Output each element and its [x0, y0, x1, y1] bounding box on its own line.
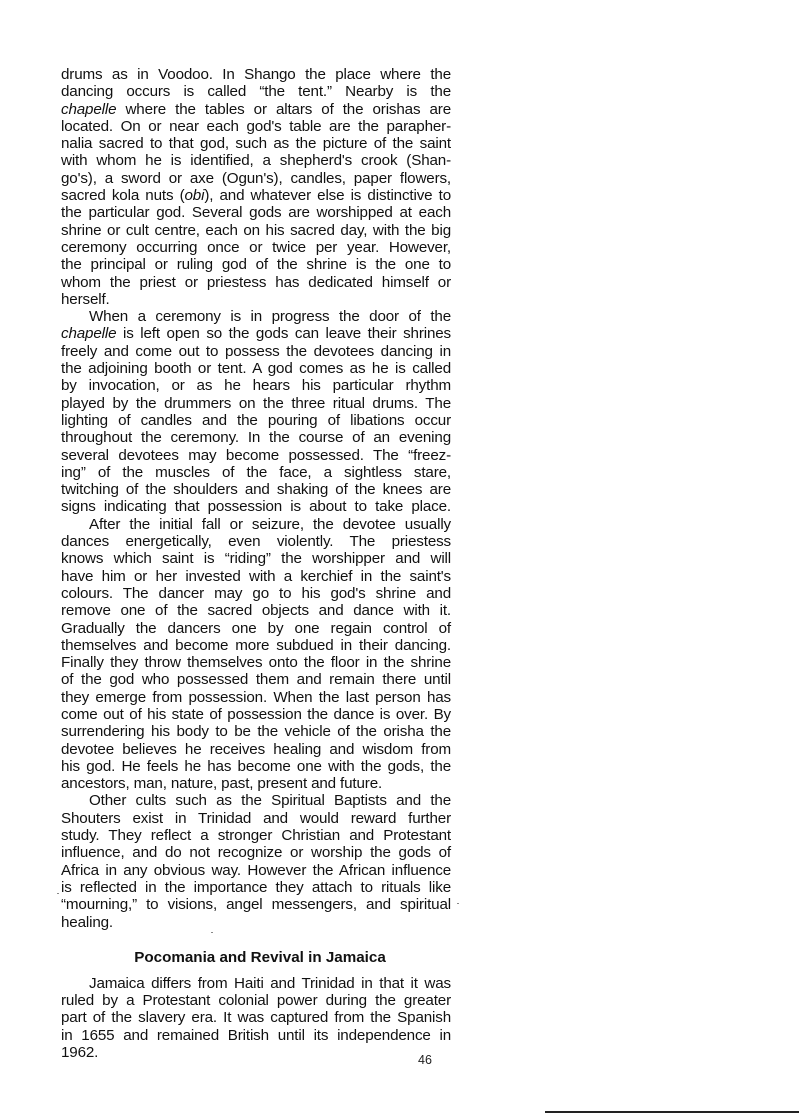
paragraph-shango-tent: drums as in Voodoo. In Shango the place …	[61, 66, 451, 308]
text-line: in 1655 and remained British until its i…	[61, 1027, 451, 1044]
text-line: located. On or near each god's table are…	[61, 118, 451, 135]
scan-edge-rule	[545, 1111, 799, 1113]
text-line: lighting of candles and the pouring of l…	[61, 412, 451, 429]
text-line: herself.	[61, 291, 451, 308]
page-number: 46	[418, 1053, 432, 1067]
text-line: 1962.	[61, 1044, 451, 1061]
text-line: of the god who possessed them and remain…	[61, 671, 451, 688]
paragraph-jamaica: Jamaica differs from Haiti and Trinidad …	[61, 975, 451, 1061]
text-line: drums as in Voodoo. In Shango the place …	[61, 66, 451, 83]
text-line: dances energetically, even violently. Th…	[61, 533, 451, 550]
text-line: have him or her invested with a kerchief…	[61, 568, 451, 585]
scan-speck	[457, 903, 459, 904]
text-fragment: sacred kola nuts (	[61, 187, 185, 204]
text-line: sacred kola nuts (obi), and whatever els…	[61, 187, 451, 204]
text-line: Finally they throw themselves onto the f…	[61, 654, 451, 671]
text-line: several devotees may become possessed. T…	[61, 447, 451, 464]
text-line: After the initial fall or seizure, the d…	[61, 516, 451, 533]
text-line: themselves and become more subdued in th…	[61, 637, 451, 654]
text-line: played by the drummers on the three ritu…	[61, 395, 451, 412]
text-line: When a ceremony is in progress the door …	[61, 308, 451, 325]
text-line: go's), a sword or axe (Ogun's), candles,…	[61, 170, 451, 187]
paragraph-other-cults: Other cults such as the Spiritual Baptis…	[61, 792, 451, 930]
text-line: chapelle is left open so the gods can le…	[61, 325, 451, 342]
document-page: drums as in Voodoo. In Shango the place …	[61, 66, 451, 1061]
text-line: devotee believes he receives healing and…	[61, 741, 451, 758]
text-line: dancing occurs is called “the tent.” Nea…	[61, 83, 451, 100]
text-line: nalia sacred to that god, such as the pi…	[61, 135, 451, 152]
text-line: by invocation, or as he hears his partic…	[61, 377, 451, 394]
text-line: throughout the ceremony. In the course o…	[61, 429, 451, 446]
text-line: whom the priest or priestess has dedicat…	[61, 274, 451, 291]
text-line: his god. He feels he has become one with…	[61, 758, 451, 775]
text-line: signs indicating that possession is abou…	[61, 498, 451, 515]
section-heading: Pocomania and Revival in Jamaica	[61, 941, 451, 975]
text-line: ancestors, man, nature, past, present an…	[61, 775, 451, 792]
text-line: Shouters exist in Trinidad and would rew…	[61, 810, 451, 827]
text-fragment: where the tables or altars of the orisha…	[116, 101, 451, 118]
italic-term: obi	[185, 187, 205, 204]
text-line: healing.	[61, 914, 451, 931]
text-line: Other cults such as the Spiritual Baptis…	[61, 792, 451, 809]
paragraph-ceremony: When a ceremony is in progress the door …	[61, 308, 451, 516]
text-line: remove one of the sacred objects and dan…	[61, 602, 451, 619]
text-line: the particular god. Several gods are wor…	[61, 204, 451, 221]
italic-term: chapelle	[61, 101, 116, 118]
text-line: study. They reflect a stronger Christian…	[61, 827, 451, 844]
text-line: Africa in any obvious way. However the A…	[61, 862, 451, 879]
text-line: colours. The dancer may go to his god's …	[61, 585, 451, 602]
text-line: Jamaica differs from Haiti and Trinidad …	[61, 975, 451, 992]
text-line: knows which saint is “riding” the worshi…	[61, 550, 451, 567]
text-line: Gradually the dancers one by one regain …	[61, 620, 451, 637]
text-line: is reflected in the importance they atta…	[61, 879, 451, 896]
text-line: ceremony occurring once or twice per yea…	[61, 239, 451, 256]
text-line: they emerge from possession. When the la…	[61, 689, 451, 706]
text-line: come out of his state of possession the …	[61, 706, 451, 723]
text-line: twitching of the shoulders and shaking o…	[61, 481, 451, 498]
text-line: ing” of the muscles of the face, a sight…	[61, 464, 451, 481]
text-line: freely and come out to possess the devot…	[61, 343, 451, 360]
text-line: surrendering his body to be the vehicle …	[61, 723, 451, 740]
text-line: ruled by a Protestant colonial power dur…	[61, 992, 451, 1009]
text-line: part of the slavery era. It was captured…	[61, 1009, 451, 1026]
paragraph-possession: After the initial fall or seizure, the d…	[61, 516, 451, 793]
text-fragment: ), and whatever else is distinctive to	[204, 187, 451, 204]
text-line: shrine or cult centre, each on his sacre…	[61, 222, 451, 239]
text-line: with whom he is identified, a shepherd's…	[61, 152, 451, 169]
text-line: chapelle where the tables or altars of t…	[61, 101, 451, 118]
italic-term: chapelle	[61, 325, 116, 342]
text-line: the principal or ruling god of the shrin…	[61, 256, 451, 273]
text-line: influence, and do not recognize or worsh…	[61, 844, 451, 861]
text-fragment: is left open so the gods can leave their…	[116, 325, 451, 342]
scan-speck	[57, 893, 59, 894]
text-line: “mourning,” to visions, angel messengers…	[61, 896, 451, 913]
text-line: the adjoining booth or tent. A god comes…	[61, 360, 451, 377]
scan-speck	[211, 932, 213, 933]
